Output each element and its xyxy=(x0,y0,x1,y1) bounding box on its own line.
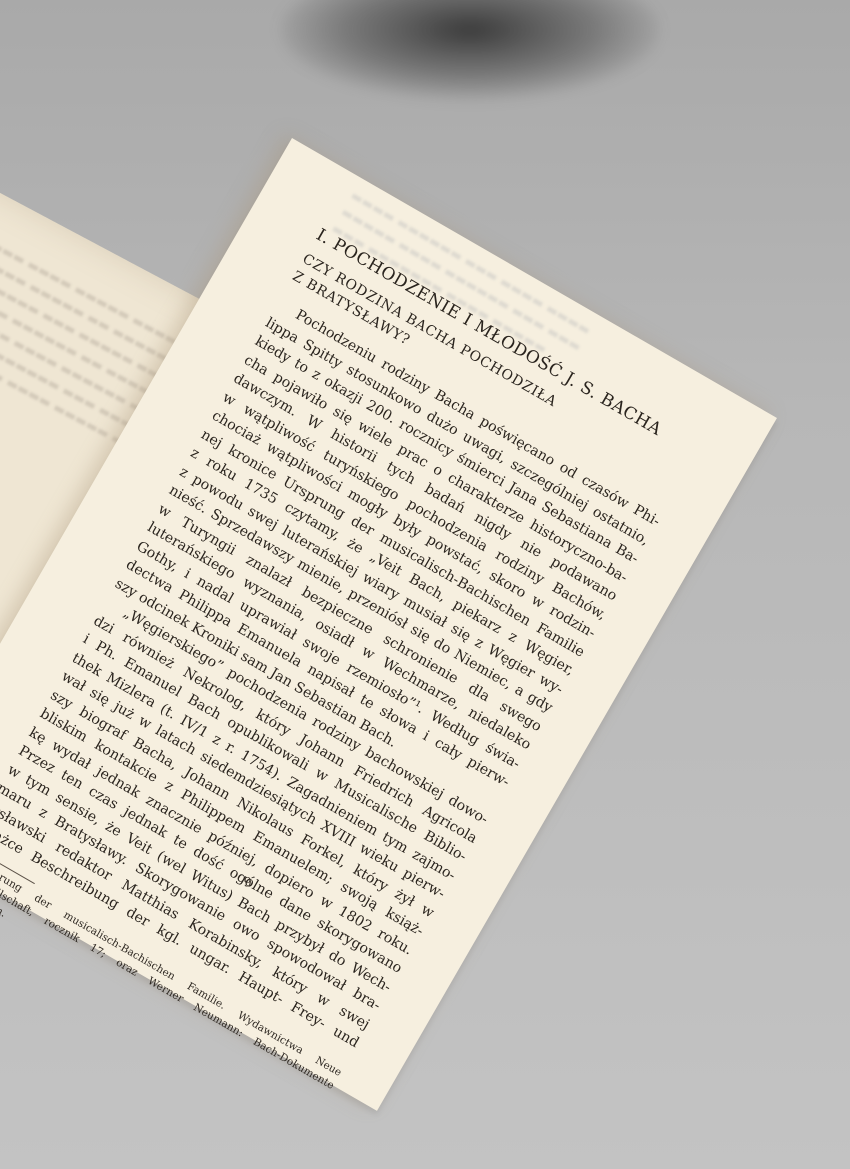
page-number: 9 xyxy=(243,876,251,891)
scanner-lid-shadow xyxy=(280,0,660,100)
